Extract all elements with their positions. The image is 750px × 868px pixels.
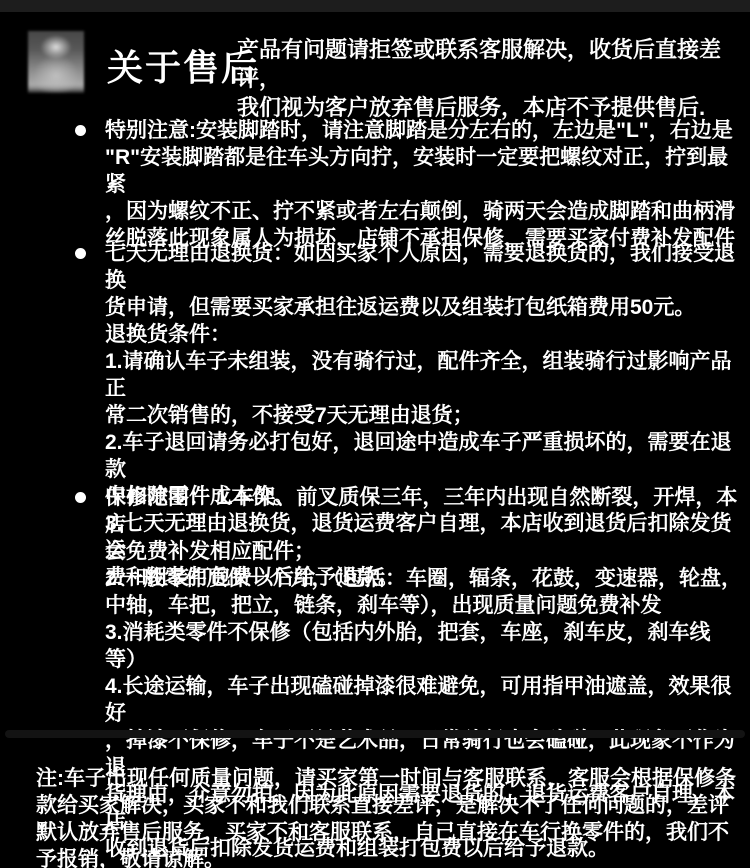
top-bar <box>0 0 750 12</box>
section-install-warning-text: 特别注意:安装脚踏时，请注意脚踏是分左右的，左边是"L"，右边是 "R"安装脚踏… <box>105 117 747 252</box>
product-thumbnail-image <box>28 31 84 93</box>
divider-line <box>5 730 745 738</box>
bullet-icon <box>75 492 86 503</box>
section-install-warning: 特别注意:安装脚踏时，请注意脚踏是分左右的，左边是"L"，右边是 "R"安装脚踏… <box>105 117 747 252</box>
bullet-icon <box>75 248 86 259</box>
bullet-icon <box>75 125 86 136</box>
after-sales-notice-page: 关于售后 产品有问题请拒签或联系客服解决，收货后直接差评， 我们视为客户放弃售后… <box>0 0 750 868</box>
header-intro-text: 产品有问题请拒签或联系客服解决，收货后直接差评， 我们视为客户放弃售后服务，本店… <box>237 35 749 122</box>
footer-note-text: 注:车子出现任何质量问题，请买家第一时间与客服联系，客服会根据保修条 款给买家解… <box>36 765 744 868</box>
